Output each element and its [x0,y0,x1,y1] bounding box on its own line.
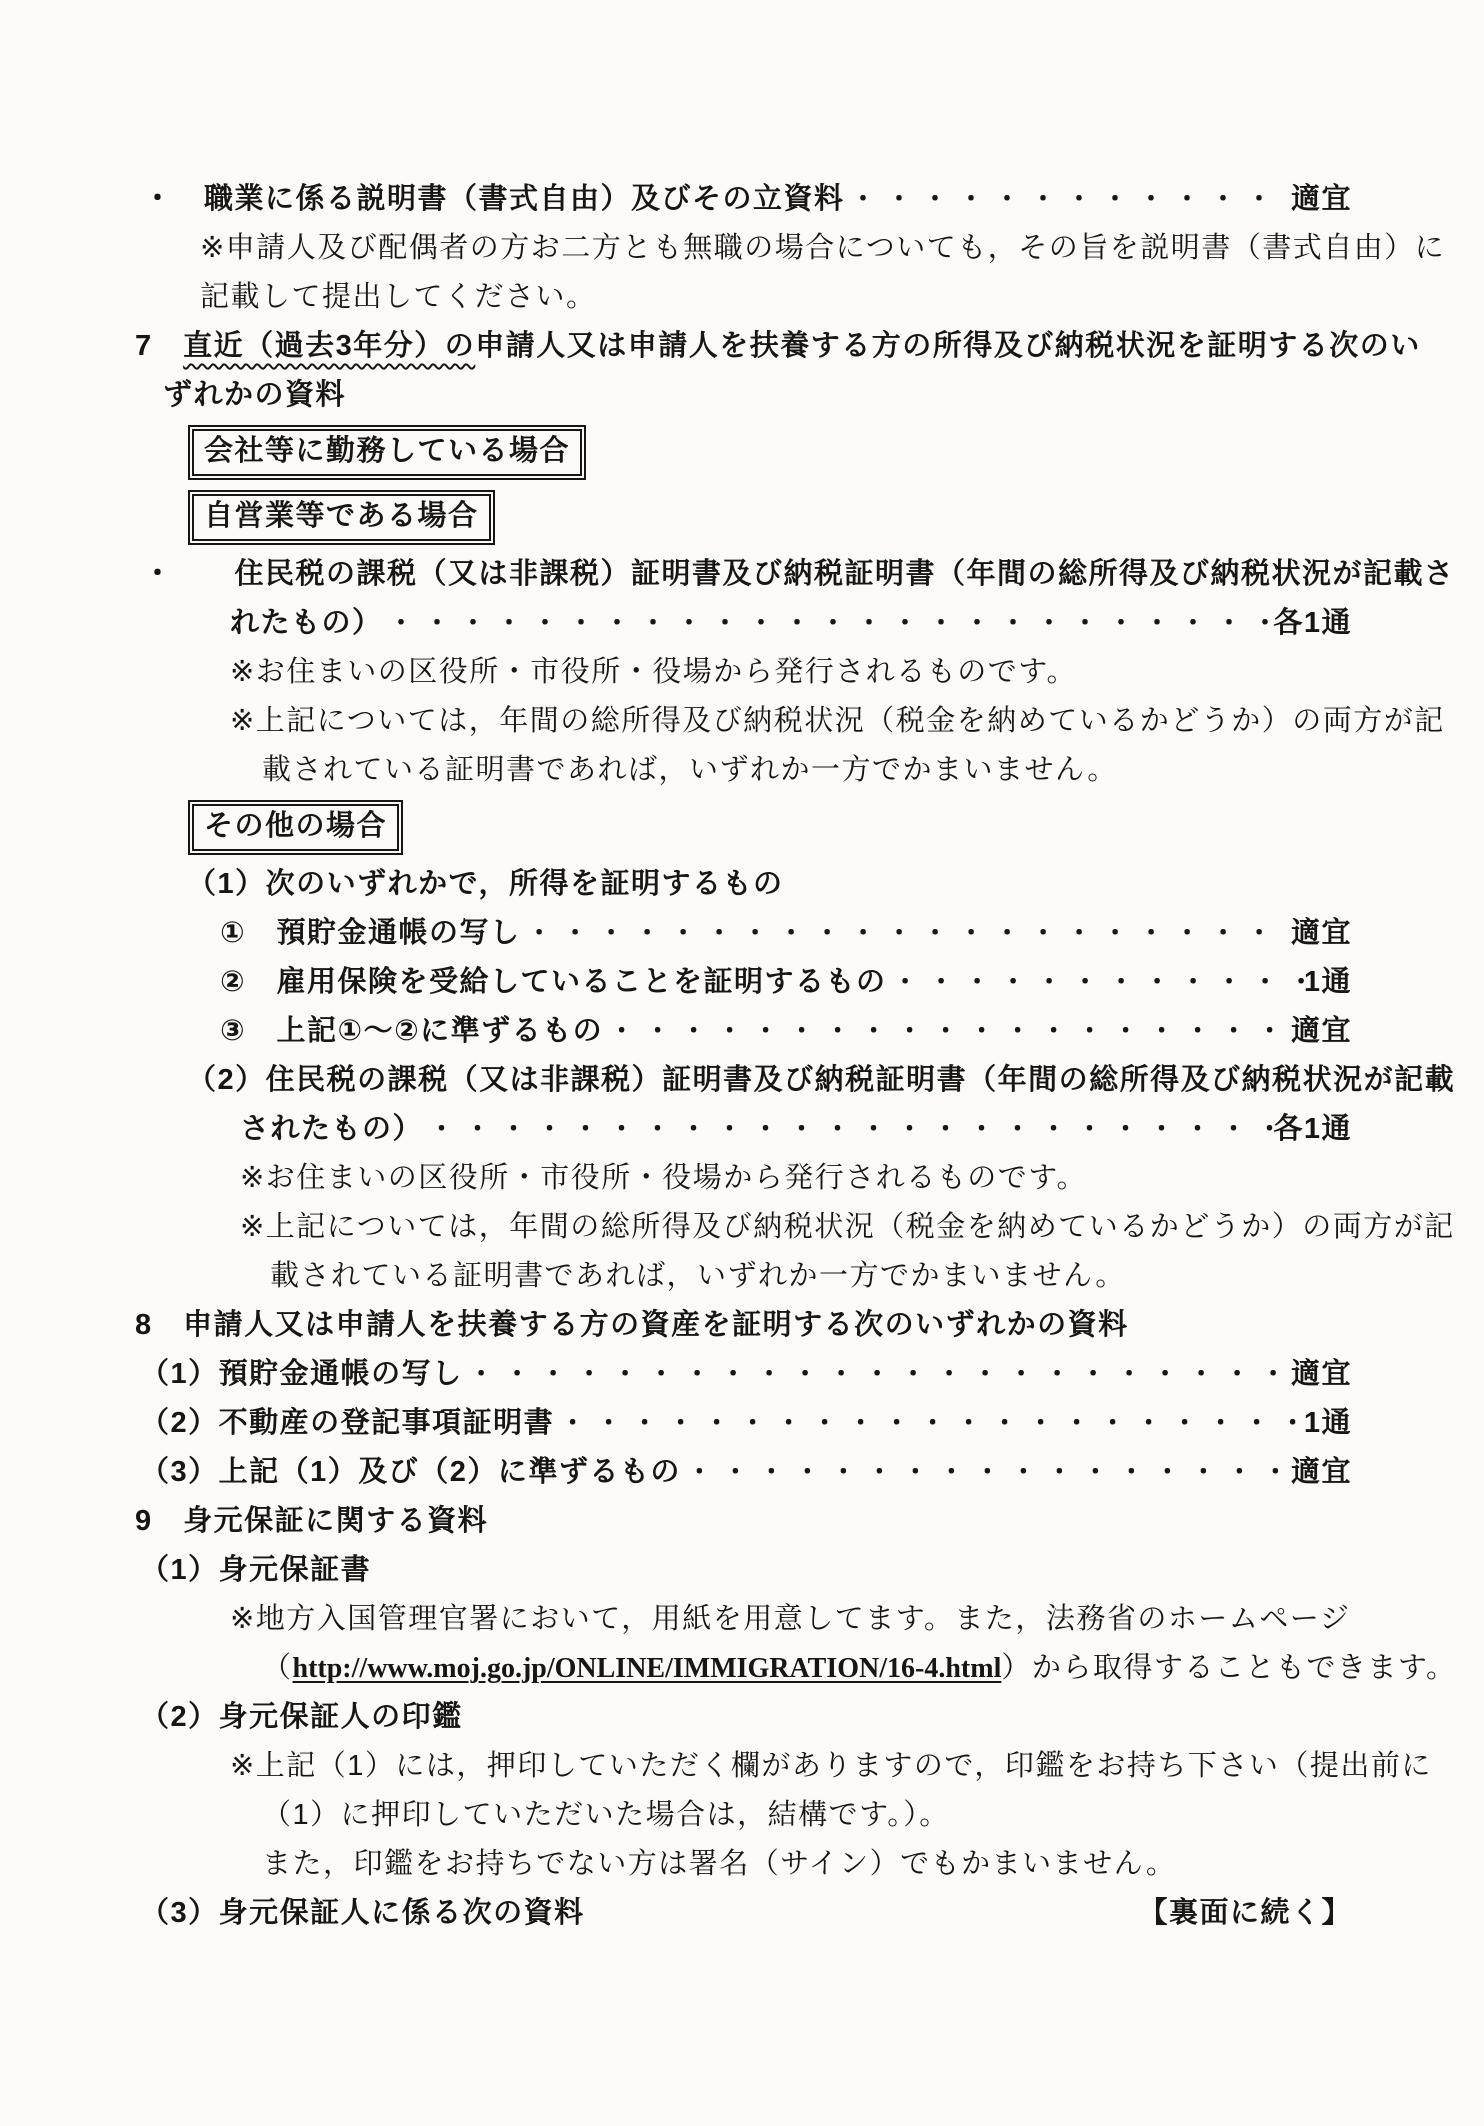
item-8-2: （2）不動産の登記事項証明書・・・・・・・・・・・・・・・・・・・・・・・・・・… [140,1404,1352,1443]
line-text: （2）身元保証人の印鑑 [140,1698,463,1737]
line-text: 載されている証明書であれば，いずれか一方でかまいません。 [262,751,1118,790]
line-text: ① 預貯金通帳の写し [220,914,521,953]
line-text: （1）次のいずれかで，所得を証明するもの [187,865,784,904]
quantity-value: 各1通 [1273,1110,1352,1149]
note-issued-by-office: ※お住まいの区役所・市役所・役場から発行されるものです。 [230,653,1352,692]
line-text: ・ 職業に係る説明書（書式自由）及びその立資料 [143,180,845,219]
dot-leader: ・・・・・・・・・・・・・・・・・・・・・・・・・・・・・・・・・・・・・・・・… [603,1012,1291,1051]
text-segment: ・ 住民税の課税（又は非課税）証明書及び納税証明書（年間の総所得及び納税状況が記… [143,558,1455,590]
dot-leader: ・・・・・・・・・・・・・・・・・・・・・・・・・・・・・・・・・・・・・・・・… [554,1404,1304,1443]
text-segment: ※地方入国管理官署において，用紙を用意してます。また，法務省のホームページ [230,1603,1350,1635]
line-text: ※上記については，年間の総所得及び納税状況（税金を納めているかどうか）の両方が記 [230,702,1445,741]
line-text: （1）に押印していただいた場合は，結構です。）。 [262,1796,950,1835]
note-either-one-2-line2: 載されている証明書であれば，いずれか一方でかまいません。 [270,1257,1352,1296]
line-text: 9 身元保証に関する資料 [135,1502,488,1541]
line-text: （http://www.moj.go.jp/ONLINE/IMMIGRATION… [262,1649,1457,1688]
item-9-1: （1）身元保証書 [140,1551,1352,1590]
line-text: 8 申請人又は申請人を扶養する方の資産を証明する次のいずれかの資料 [135,1306,1129,1345]
item-7-other-2-line1: （2）住民税の課税（又は非課税）証明書及び納税証明書（年間の総所得及び納税状況が… [187,1061,1352,1100]
line-text: 記載して提出してください。 [200,278,597,317]
text-segment: ③ 上記①～②に準ずるもの [220,1015,603,1047]
quantity-value: 適宜 [1291,1355,1352,1394]
item-7-other-2-line2: されたもの）・・・・・・・・・・・・・・・・・・・・・・・・・・・・・・・・・・… [240,1110,1352,1149]
item-7-other-1-heading: （1）次のいずれかで，所得を証明するもの [187,865,1352,904]
line-text: ※地方入国管理官署において，用紙を用意してます。また，法務省のホームページ [230,1600,1350,1639]
line-text: ※お住まいの区役所・市役所・役場から発行されるものです。 [240,1159,1087,1198]
line-text: （2）住民税の課税（又は非課税）証明書及び納税証明書（年間の総所得及び納税状況が… [187,1061,1455,1100]
boxed-label: 自営業等である場合 [192,494,491,541]
continue-on-back-note: 【裏面に続く】 [1138,1894,1352,1933]
line-text: また，印鑑をお持ちでない方は署名（サイン）でもかまいません。 [262,1845,1176,1884]
text-segment: （3）上記（1）及び（2）に準ずるもの [140,1456,681,1488]
section-9-heading: 9 身元保証に関する資料 [135,1502,1352,1541]
line-text: 載されている証明書であれば，いずれか一方でかまいません。 [270,1257,1126,1296]
text-segment: （1）身元保証書 [140,1554,371,1586]
item-9-2: （2）身元保証人の印鑑 [140,1698,1352,1737]
line-text: （3）上記（1）及び（2）に準ずるもの [140,1453,681,1492]
line-text: ※お住まいの区役所・市役所・役場から発行されるものです。 [230,653,1077,692]
text-segment: 会社等に勤務している場合 [204,435,570,467]
text-segment: ※上記については，年間の総所得及び納税状況（税金を納めているかどうか）の両方が記 [230,705,1445,737]
quantity-value: 適宜 [1291,1453,1352,1492]
checklist-item-tax-certificates-line1: ・ 住民税の課税（又は非課税）証明書及び納税証明書（年間の総所得及び納税状況が記… [143,555,1352,594]
text-segment: （2）不動産の登記事項証明書 [140,1407,554,1439]
quantity-value: 適宜 [1291,180,1352,219]
text-segment: その他の場合 [204,810,387,842]
dot-leader: ・・・・・・・・・・・・・・・・・・・・・・・・・・・・・・・・・・・・・・・・… [383,604,1274,643]
note-seal-line3: また，印鑑をお持ちでない方は署名（サイン）でもかまいません。 [262,1845,1352,1884]
text-segment: 載されている証明書であれば，いずれか一方でかまいません。 [262,754,1118,786]
text-segment: ※お住まいの区役所・市役所・役場から発行されるものです。 [240,1162,1087,1194]
text-segment: （ [262,1652,293,1684]
text-segment: （1）に押印していただいた場合は，結構です。）。 [262,1799,950,1831]
note-seal-line1: ※上記（1）には，押印していただく欄がありますので，印鑑をお持ち下さい（提出前に [230,1747,1352,1786]
dot-leader: ・・・・・・・・・・・・・・・・・・・・・・・・・・・・・・・・・・・・・・・・… [681,1453,1291,1492]
note-unemployed-line2: 記載して提出してください。 [200,278,1352,317]
text-segment: （2）身元保証人の印鑑 [140,1701,463,1733]
text-segment: 載されている証明書であれば，いずれか一方でかまいません。 [270,1260,1126,1292]
line-text: 7 直近（過去3年分）の申請人又は申請人を扶養する方の所得及び納税状況を証明する… [135,327,1421,366]
checklist-item-occupation-statement: ・ 職業に係る説明書（書式自由）及びその立資料・・・・・・・・・・・・・・・・・… [143,180,1352,219]
note-unemployed-line1: ※申請人及び配偶者の方お二方とも無職の場合についても，その旨を説明書（書式自由）… [200,229,1352,268]
line-text: （2）不動産の登記事項証明書 [140,1404,554,1443]
item-8-1: （1）預貯金通帳の写し・・・・・・・・・・・・・・・・・・・・・・・・・・・・・… [140,1355,1352,1394]
item-9-3: （3）身元保証人に係る次の資料【裏面に続く】 [140,1894,1352,1933]
text-segment: 記載して提出してください。 [200,281,597,313]
text-segment: （3）身元保証人に係る次の資料 [140,1897,585,1929]
line-text: （3）身元保証人に係る次の資料 [140,1894,585,1933]
line-text: （1）預貯金通帳の写し [140,1355,463,1394]
note-guarantee-form-url: （http://www.moj.go.jp/ONLINE/IMMIGRATION… [262,1649,1352,1688]
quantity-value: 1通 [1304,1404,1352,1443]
boxed-label: 会社等に勤務している場合 [192,429,582,476]
document-lines: ・ 職業に係る説明書（書式自由）及びその立資料・・・・・・・・・・・・・・・・・… [0,180,1484,1933]
item-7-other-1-2: ② 雇用保険を受給していることを証明するもの・・・・・・・・・・・・・・・・・・… [220,963,1352,1002]
note-either-one-2-line1: ※上記については，年間の総所得及び納税状況（税金を納めているかどうか）の両方が記 [240,1208,1352,1247]
case-box-other: その他の場合 [190,800,1352,855]
text-segment: ※申請人及び配偶者の方お二方とも無職の場合についても，その旨を説明書（書式自由）… [200,232,1445,264]
line-text: されたもの） [240,1110,423,1149]
line-text: ・ 住民税の課税（又は非課税）証明書及び納税証明書（年間の総所得及び納税状況が記… [143,555,1455,594]
text-segment: ）から取得することもできます。 [1001,1652,1456,1684]
line-text: ※上記（1）には，押印していただく欄がありますので，印鑑をお持ち下さい（提出前に [230,1747,1432,1786]
line-text: ② 雇用保険を受給していることを証明するもの [220,963,887,1002]
quantity-value: 1通 [1304,963,1352,1002]
note-seal-line2: （1）に押印していただいた場合は，結構です。）。 [262,1796,1352,1835]
text-segment: れたもの） [230,607,383,639]
text-segment: ※お住まいの区役所・市役所・役場から発行されるものです。 [230,656,1077,688]
line-text: ③ 上記①～②に準ずるもの [220,1012,603,1051]
note-issued-by-office-2: ※お住まいの区役所・市役所・役場から発行されるものです。 [240,1159,1352,1198]
line-text: （1）身元保証書 [140,1551,371,1590]
text-segment: されたもの） [240,1113,423,1145]
text-segment: ずれかの資料 [163,379,346,411]
url-text: http://www.moj.go.jp/ONLINE/IMMIGRATION/… [293,1653,1002,1684]
text-segment: （1）次のいずれかで，所得を証明するもの [187,868,784,900]
line-text: れたもの） [230,604,383,643]
text-segment: 8 申請人又は申請人を扶養する方の資産を証明する次のいずれかの資料 [135,1309,1129,1341]
note-either-one-line1: ※上記については，年間の総所得及び納税状況（税金を納めているかどうか）の両方が記 [230,702,1352,741]
wavy-underlined-text: 直近（過去3年分）の [183,330,475,362]
document-page: ・ 職業に係る説明書（書式自由）及びその立資料・・・・・・・・・・・・・・・・・… [0,0,1484,2126]
line-text: ※上記については，年間の総所得及び納税状況（税金を納めているかどうか）の両方が記 [240,1208,1455,1247]
section-8-heading: 8 申請人又は申請人を扶養する方の資産を証明する次のいずれかの資料 [135,1306,1352,1345]
checklist-item-tax-certificates-line2: れたもの）・・・・・・・・・・・・・・・・・・・・・・・・・・・・・・・・・・・… [230,604,1352,643]
quantity-value: 適宜 [1291,914,1352,953]
case-box-employed: 会社等に勤務している場合 [190,425,1352,480]
line-text: ※申請人及び配偶者の方お二方とも無職の場合についても，その旨を説明書（書式自由）… [200,229,1445,268]
text-segment: ※上記については，年間の総所得及び納税状況（税金を納めているかどうか）の両方が記 [240,1211,1455,1243]
dot-leader: ・・・・・・・・・・・・・・・・・・・・・・・・・・・・・・・・・・・・・・・・… [423,1110,1273,1149]
note-guarantee-form: ※地方入国管理官署において，用紙を用意してます。また，法務省のホームページ [230,1600,1352,1639]
quantity-value: 適宜 [1291,1012,1352,1051]
item-7-other-1-1: ① 預貯金通帳の写し・・・・・・・・・・・・・・・・・・・・・・・・・・・・・・… [220,914,1352,953]
case-box-self-employed: 自営業等である場合 [190,490,1352,545]
item-8-3: （3）上記（1）及び（2）に準ずるもの・・・・・・・・・・・・・・・・・・・・・… [140,1453,1352,1492]
note-either-one-line2: 載されている証明書であれば，いずれか一方でかまいません。 [262,751,1352,790]
text-segment: （2）住民税の課税（又は非課税）証明書及び納税証明書（年間の総所得及び納税状況が… [187,1064,1455,1096]
text-segment: 7 [135,330,183,362]
section-7-heading: 7 直近（過去3年分）の申請人又は申請人を扶養する方の所得及び納税状況を証明する… [135,327,1352,366]
item-7-other-1-3: ③ 上記①～②に準ずるもの・・・・・・・・・・・・・・・・・・・・・・・・・・・… [220,1012,1352,1051]
text-segment: 申請人又は申請人を扶養する方の所得及び納税状況を証明する次のい [475,330,1421,362]
line-text: ずれかの資料 [163,376,346,415]
text-segment: ※上記（1）には，押印していただく欄がありますので，印鑑をお持ち下さい（提出前に [230,1750,1432,1782]
dot-leader: ・・・・・・・・・・・・・・・・・・・・・・・・・・・・・・・・・・・・・・・・… [887,963,1304,1002]
section-7-heading-cont: ずれかの資料 [163,376,1352,415]
text-segment: （1）預貯金通帳の写し [140,1358,463,1390]
dot-leader: ・・・・・・・・・・・・・・・・・・・・・・・・・・・・・・・・・・・・・・・・… [521,914,1291,953]
quantity-value: 各1通 [1273,604,1352,643]
text-segment: ① 預貯金通帳の写し [220,917,521,949]
dot-leader: ・・・・・・・・・・・・・・・・・・・・・・・・・・・・・・・・・・・・・・・・… [845,180,1291,219]
boxed-label: その他の場合 [192,804,399,851]
text-segment: ② 雇用保険を受給していることを証明するもの [220,966,887,998]
text-segment: 9 身元保証に関する資料 [135,1505,488,1537]
text-segment: 自営業等である場合 [204,500,479,532]
text-segment: また，印鑑をお持ちでない方は署名（サイン）でもかまいません。 [262,1848,1176,1880]
dot-leader: ・・・・・・・・・・・・・・・・・・・・・・・・・・・・・・・・・・・・・・・・… [463,1355,1291,1394]
text-segment: ・ 職業に係る説明書（書式自由）及びその立資料 [143,183,845,215]
